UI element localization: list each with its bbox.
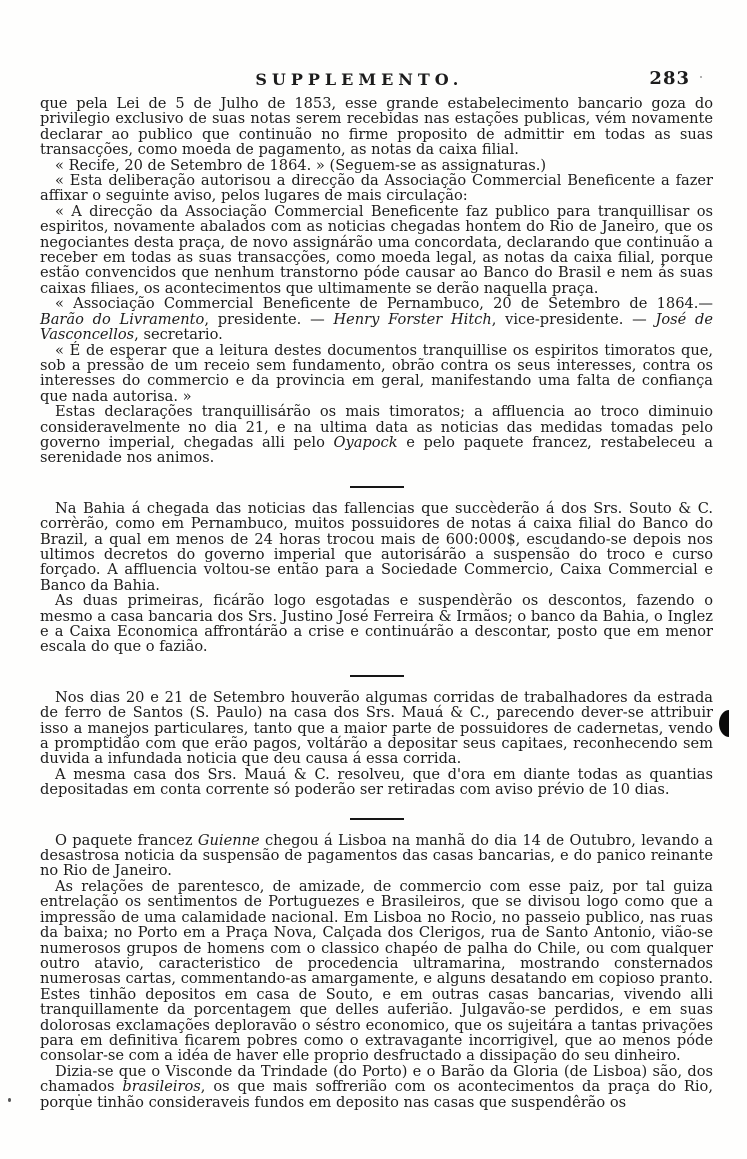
paragraph-duas-primeiras: As duas primeiras, ficárão logo esgotada… <box>40 593 713 655</box>
text-run: , vice-presidente. — <box>492 311 656 328</box>
article-text: que pela Lei de 5 de Julho de 1853, esse… <box>40 96 713 1110</box>
scanned-page: SUPPLEMENTO. 283 que pela Lei de 5 de Ju… <box>0 0 747 1159</box>
paragraph-maua-resolveu: A mesma casa dos Srs. Mauá & C. resolveu… <box>40 767 713 798</box>
paragraph-assinaturas: « Associação Commercial Beneficente de P… <box>40 296 713 342</box>
paragraph-recife-date: « Recife, 20 de Setembro de 1864. » (Seg… <box>40 158 713 173</box>
page-number: 283 <box>649 68 690 89</box>
text-run-italic: Henry Forster Hitch <box>333 311 491 328</box>
section-divider <box>350 818 404 820</box>
running-title: SUPPLEMENTO. <box>255 70 463 89</box>
text-run: , presidente. — <box>204 311 333 328</box>
section-divider <box>350 486 404 488</box>
text-run: , secretario. <box>134 326 223 343</box>
paragraph-corridas-santos: Nos dias 20 e 21 de Setembro houverão al… <box>40 690 713 767</box>
paragraph-esperar: « É de esperar que a leitura destes docu… <box>40 343 713 405</box>
scan-speck <box>78 1094 80 1096</box>
paragraph-relacoes-parentesco: As relações de parentesco, de amizade, d… <box>40 879 713 1064</box>
paragraph-paquete-guienne: O paquete francez Guienne chegou á Lisbo… <box>40 833 713 879</box>
paragraph-visconde-trindade: Dizia-se que o Visconde da Trindade (do … <box>40 1064 713 1110</box>
section-divider <box>350 675 404 677</box>
text-run-italic: Oyapock <box>334 434 398 451</box>
paragraph-lei-1853: que pela Lei de 5 de Julho de 1853, esse… <box>40 96 713 158</box>
page-header: SUPPLEMENTO. 283 <box>40 68 712 96</box>
scan-speck <box>8 1098 11 1102</box>
scan-speck <box>700 76 702 78</box>
paragraph-declaracoes: Estas declarações tranquillisárão os mai… <box>40 404 713 466</box>
paragraph-aviso-publico: « A direcção da Associação Commercial Be… <box>40 204 713 296</box>
paragraph-deliberacao: « Esta deliberação autorisou a direcção … <box>40 173 713 204</box>
ink-blot <box>719 710 729 737</box>
paragraph-bahia: Na Bahia á chegada das noticias das fall… <box>40 501 713 593</box>
